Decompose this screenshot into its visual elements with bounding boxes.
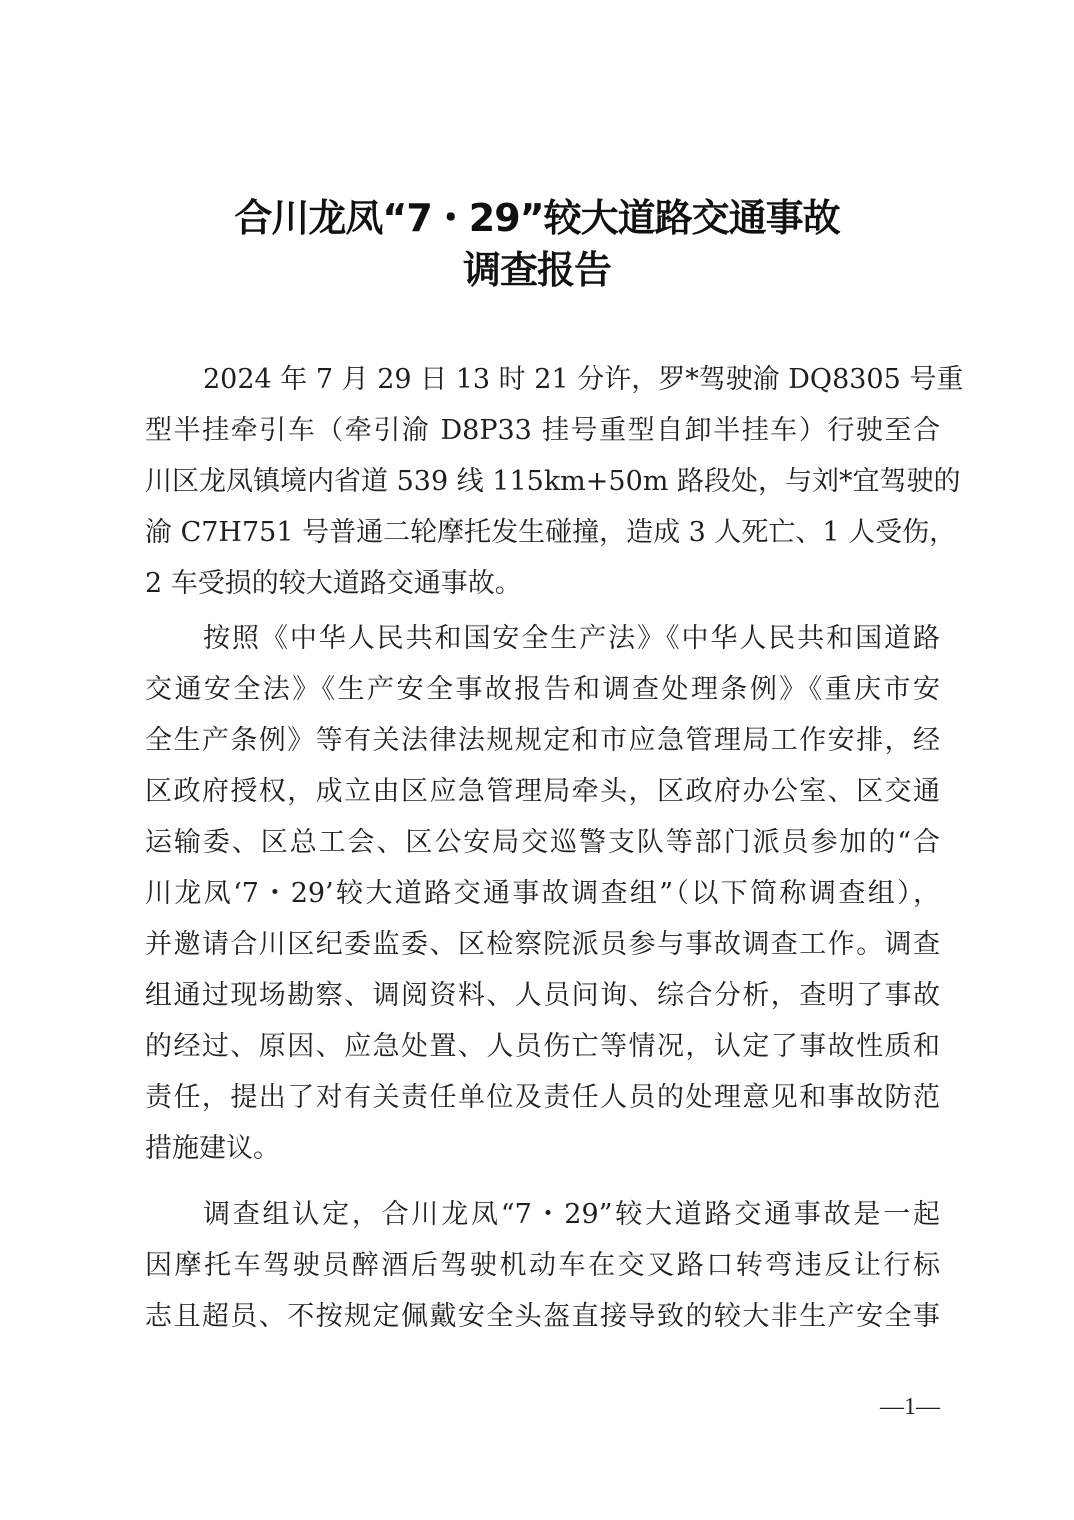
paragraph-line: 川区龙凤镇境内省道 539 线 115km+50m 路段处，与刘*宜驾驶的: [145, 457, 940, 507]
paragraph-line: 按照《中华人民共和国安全生产法》《中华人民共和国道路: [203, 614, 940, 664]
document-page: 合川龙凤“7・29”较大道路交通事故 调查报告 2024 年 7 月 29 日 …: [0, 0, 1074, 1520]
paragraph-line: 调查组认定，合川龙凤“7・29”较大道路交通事故是一起: [203, 1190, 940, 1240]
paragraph-line: 并邀请合川区纪委监委、区检察院派员参与事故调查工作。调查: [145, 920, 940, 970]
paragraph-line: 区政府授权，成立由区应急管理局牵头，区政府办公室、区交通: [145, 767, 940, 817]
paragraph-line: 川龙凤‘7・29’较大道路交通事故调查组”（以下简称调查组），: [145, 869, 940, 919]
paragraph-line: 2024 年 7 月 29 日 13 时 21 分许，罗*驾驶渝 DQ8305 …: [203, 355, 940, 405]
page-number: —1—: [880, 1392, 940, 1422]
paragraph-line: 型半挂牵引车（牵引渝 D8P33 挂号重型自卸半挂车）行驶至合: [145, 406, 940, 456]
paragraph-line: 责任，提出了对有关责任单位及责任人员的处理意见和事故防范: [145, 1073, 940, 1123]
paragraph-line: 交通安全法》《生产安全事故报告和调查处理条例》《重庆市安: [145, 665, 940, 715]
paragraph-line: 的经过、原因、应急处置、人员伤亡等情况，认定了事故性质和: [145, 1022, 940, 1072]
document-title-line-2: 调查报告: [0, 244, 1074, 296]
document-title-line-1: 合川龙凤“7・29”较大道路交通事故: [0, 192, 1074, 244]
paragraph-line: 渝 C7H751 号普通二轮摩托发生碰撞，造成 3 人死亡、1 人受伤，: [145, 508, 940, 558]
paragraph-line: 运输委、区总工会、区公安局交巡警支队等部门派员参加的“合: [145, 818, 940, 868]
paragraph-line: 全生产条例》等有关法律法规规定和市应急管理局工作安排，经: [145, 716, 940, 766]
paragraph-line: 志且超员、不按规定佩戴安全头盔直接导致的较大非生产安全事: [145, 1292, 940, 1342]
paragraph-line: 措施建议。: [145, 1124, 940, 1174]
paragraph-line: 组通过现场勘察、调阅资料、人员问询、综合分析，查明了事故: [145, 971, 940, 1021]
paragraph-line: 2 车受损的较大道路交通事故。: [145, 559, 940, 609]
paragraph-line: 因摩托车驾驶员醉酒后驾驶机动车在交叉路口转弯违反让行标: [145, 1241, 940, 1291]
